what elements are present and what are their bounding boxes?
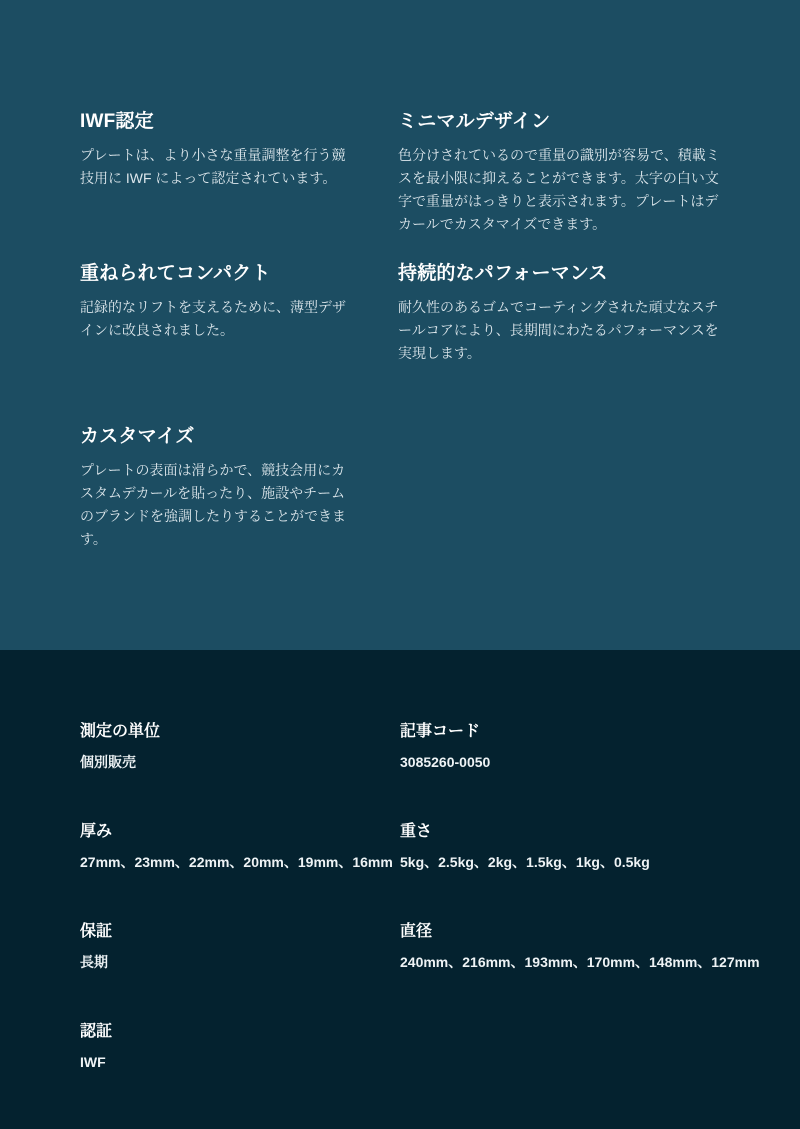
spec-value: 3085260-0050 <box>400 753 757 771</box>
feature-stackable-compact: 重ねられてコンパクト 記録的なリフトを支えるために、薄型デザインに改良されました… <box>80 262 352 342</box>
feature-title: 重ねられてコンパクト <box>80 262 352 285</box>
spec-article-code: 記事コード 3085260-0050 <box>400 722 757 771</box>
feature-title: ミニマルデザイン <box>398 110 720 133</box>
feature-title: 持続的なパフォーマンス <box>398 262 720 285</box>
spec-value: 5kg、2.5kg、2kg、1.5kg、1kg、0.5kg <box>400 853 757 871</box>
spec-label: 記事コード <box>400 722 757 742</box>
spec-value: 240mm、216mm、193mm、170mm、148mm、127mm <box>400 953 757 971</box>
spec-value: IWF <box>80 1053 400 1071</box>
spec-weight: 重さ 5kg、2.5kg、2kg、1.5kg、1kg、0.5kg <box>400 822 757 871</box>
spec-unit-of-measure: 測定の単位 個別販売 <box>80 722 400 771</box>
spec-label: 保証 <box>80 922 400 942</box>
spec-label: 厚み <box>80 822 400 842</box>
spec-diameter: 直径 240mm、216mm、193mm、170mm、148mm、127mm <box>400 922 757 971</box>
feature-title: カスタマイズ <box>80 425 352 448</box>
spec-label: 直径 <box>400 922 757 942</box>
features-grid: IWF認定 プレートは、より小さな重量調整を行う競技用に IWF によって認定さ… <box>80 110 738 551</box>
feature-description: 記録的なリフトを支えるために、薄型デザインに改良されました。 <box>80 296 352 342</box>
feature-lasting-performance: 持続的なパフォーマンス 耐久性のあるゴムでコーティングされた頑丈なスチールコアに… <box>398 262 720 365</box>
feature-description: 色分けされているので重量の識別が容易で、積載ミスを最小限に抑えることができます。… <box>398 144 720 236</box>
feature-description: 耐久性のあるゴムでコーティングされた頑丈なスチールコアにより、長期間にわたるパフ… <box>398 296 720 365</box>
spec-label: 測定の単位 <box>80 722 400 742</box>
spec-thickness: 厚み 27mm、23mm、22mm、20mm、19mm、16mm <box>80 822 400 871</box>
spec-certification: 認証 IWF <box>80 1022 400 1071</box>
spec-value: 27mm、23mm、22mm、20mm、19mm、16mm <box>80 853 400 871</box>
feature-minimal-design: ミニマルデザイン 色分けされているので重量の識別が容易で、積載ミスを最小限に抑え… <box>398 110 720 236</box>
spec-warranty: 保証 長期 <box>80 922 400 971</box>
specs-grid: 測定の単位 個別販売 記事コード 3085260-0050 厚み 27mm、23… <box>80 722 757 1071</box>
feature-customize: カスタマイズ プレートの表面は滑らかで、競技会用にカスタムデカールを貼ったり、施… <box>80 425 352 551</box>
spec-label: 認証 <box>80 1022 400 1042</box>
spec-value: 個別販売 <box>80 753 400 771</box>
feature-description: プレートの表面は滑らかで、競技会用にカスタムデカールを貼ったり、施設やチームのブ… <box>80 459 352 551</box>
feature-title: IWF認定 <box>80 110 352 133</box>
spec-label: 重さ <box>400 822 757 842</box>
product-features-section: IWF認定 プレートは、より小さな重量調整を行う競技用に IWF によって認定さ… <box>0 0 800 650</box>
product-specs-section: 測定の単位 個別販売 記事コード 3085260-0050 厚み 27mm、23… <box>0 650 800 1129</box>
spec-value: 長期 <box>80 953 400 971</box>
feature-description: プレートは、より小さな重量調整を行う競技用に IWF によって認定されています。 <box>80 144 352 190</box>
feature-iwf-certified: IWF認定 プレートは、より小さな重量調整を行う競技用に IWF によって認定さ… <box>80 110 352 190</box>
